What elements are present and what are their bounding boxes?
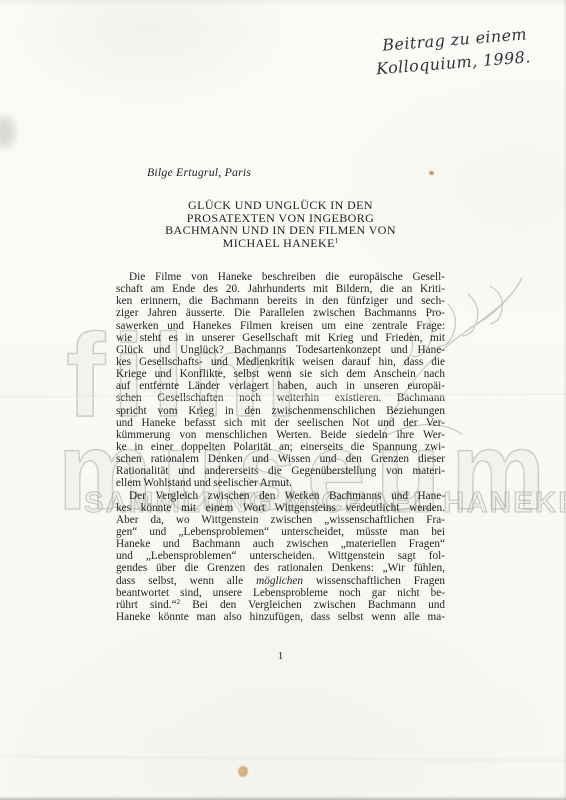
body-line: schen Gesellschaften noch weiterhin exis… [116, 392, 445, 404]
body-line: kes Gesellschafts- und Medienkritik weis… [116, 356, 445, 368]
text-segment: ellem Wohlstand und seelischer Armut. [116, 477, 292, 489]
body-line: Aber da, wo Wittgenstein zwischen „wisse… [116, 514, 445, 526]
text-segment: Bei den Vergleichen zwischen Bachmann un… [180, 599, 445, 611]
text-segment: Der Vergleich zwischen den Werken Bachma… [129, 490, 445, 502]
body-text: Die Filme von Haneke beschreiben die eur… [116, 271, 445, 623]
body-line: beantwortet sind, unsere Lebensprobleme … [116, 587, 445, 599]
author-line: Bilge Ertugrul, Paris [147, 165, 251, 180]
text-segment: wie steht es in unserer Gesellschaft mit… [116, 332, 445, 344]
body-line: auf entfernte Länder verlagert haben, au… [116, 380, 445, 392]
body-line: Rationalität und andererseits die Gegenü… [116, 465, 445, 477]
text-segment: sawerken und Hanekes Filmen kreisen um e… [116, 320, 445, 332]
text-segment: kes Gesellschafts- und Medienkritik weis… [116, 356, 445, 368]
page-edge-bottom [0, 796, 566, 800]
text-segment: ziger Jahren äusserte. Die Parallelen zw… [116, 307, 445, 319]
body-line: ken erinnern, die Bachmann bereits in de… [116, 295, 445, 307]
text-segment: kes könnte mit einem Wort Wittgensteins … [116, 502, 445, 514]
body-line: ellem Wohlstand und seelischer Armut. [116, 477, 445, 489]
text-segment: schaft am Ende des 20. Jahrhunderts mit … [116, 283, 445, 295]
text-segment: Glück und Unglück? Bachmanns Todesartenk… [116, 344, 445, 356]
page-edge-top [0, 0, 566, 6]
text-segment: Haneke und Bachmann auch zwischen „mater… [116, 538, 445, 550]
text-segment: möglichen [256, 575, 303, 587]
edge-smudge [0, 116, 15, 148]
text-segment: gendes über die Grenzen des rationalen D… [116, 562, 445, 574]
body-line: spricht vom Krieg in den zwischenmenschl… [116, 405, 445, 417]
text-segment: schen rationalem Denken und Wissen und d… [116, 453, 445, 465]
stain-dot [238, 766, 248, 777]
text-segment: kümmerung von menschlichen Werten. Beide… [116, 429, 445, 441]
scanned-document-page: film museum SAMMLUNG MICHAEL HANEKE Beit… [0, 0, 566, 800]
text-segment: und „Lebensproblemen“ unterscheiden. Wit… [116, 550, 445, 562]
body-line: Haneke und Bachmann auch zwischen „mater… [116, 538, 445, 550]
text-segment: Aber da, wo Wittgenstein zwischen „wisse… [116, 514, 445, 526]
body-line: kes könnte mit einem Wort Wittgensteins … [116, 502, 445, 514]
body-line: dass selbst, wenn alle möglichen wissens… [116, 575, 445, 587]
body-line: Die Filme von Haneke beschreiben die eur… [116, 271, 445, 283]
text-segment: Die Filme von Haneke beschreiben die eur… [129, 271, 445, 283]
fold-crease-bottom [0, 754, 566, 763]
body-line: gendes über die Grenzen des rationalen D… [116, 562, 445, 574]
page-number: 1 [116, 650, 445, 662]
text-segment: Kriege und Konflikte, selbst wenn sie si… [116, 368, 445, 380]
body-line: Der Vergleich zwischen den Werken Bachma… [116, 490, 445, 502]
handwritten-annotation: Beitrag zu einem Kolloquium, 1998. [381, 22, 531, 80]
text-segment: Rationalität und andererseits die Gegenü… [116, 465, 445, 477]
text-segment: beantwortet sind, unsere Lebensprobleme … [116, 587, 445, 599]
body-line: schen rationalem Denken und Wissen und d… [116, 453, 445, 465]
body-line: ke in einer doppelten Polarität an; eine… [116, 441, 445, 453]
body-paragraph: Die Filme von Haneke beschreiben die eur… [116, 271, 445, 490]
body-line: und Haneke befasst sich mit der seelisch… [116, 417, 445, 429]
text-segment: gen“ und „Lebensproblemen“ unterscheidet… [116, 526, 445, 538]
article-title: GLÜCK UND UNGLÜCK IN DENPROSATEXTEN VON … [116, 199, 445, 251]
body-paragraph: Der Vergleich zwischen den Werken Bachma… [116, 490, 445, 624]
text-segment: MICHAEL HANEKE [223, 236, 335, 250]
text-segment: auf entfernte Länder verlagert haben, au… [116, 380, 445, 392]
body-line: rührt sind.“2 Bei den Vergleichen zwisch… [116, 599, 445, 611]
text-segment: ken erinnern, die Bachmann bereits in de… [116, 295, 445, 307]
body-line: ziger Jahren äusserte. Die Parallelen zw… [116, 307, 445, 319]
title-line: MICHAEL HANEKE1 [116, 237, 445, 252]
body-line: Glück und Unglück? Bachmanns Todesartenk… [116, 344, 445, 356]
body-line: Kriege und Konflikte, selbst wenn sie si… [116, 368, 445, 380]
footnote-marker: 1 [335, 237, 339, 245]
text-segment: Haneke könnte man also hinzufügen, dass … [116, 611, 445, 623]
text-segment: und Haneke befasst sich mit der seelisch… [116, 417, 445, 429]
footnote-marker: 2 [177, 599, 181, 606]
body-line: schaft am Ende des 20. Jahrhunderts mit … [116, 283, 445, 295]
text-segment: wissenschaftlichen Fragen [303, 575, 445, 587]
ink-speck [429, 171, 434, 175]
text-segment: rührt sind.“ [116, 599, 177, 611]
text-segment: spricht vom Krieg in den zwischenmenschl… [116, 405, 445, 417]
text-segment: schen Gesellschaften noch weiterhin exis… [116, 392, 445, 404]
body-line: kümmerung von menschlichen Werten. Beide… [116, 429, 445, 441]
text-segment: ke in einer doppelten Polarität an; eine… [116, 441, 445, 453]
body-line: sawerken und Hanekes Filmen kreisen um e… [116, 320, 445, 332]
text-segment: dass selbst, wenn alle [116, 575, 256, 587]
body-line: und „Lebensproblemen“ unterscheiden. Wit… [116, 550, 445, 562]
body-line: wie steht es in unserer Gesellschaft mit… [116, 332, 445, 344]
body-line: Haneke könnte man also hinzufügen, dass … [116, 611, 445, 623]
body-line: gen“ und „Lebensproblemen“ unterscheidet… [116, 526, 445, 538]
